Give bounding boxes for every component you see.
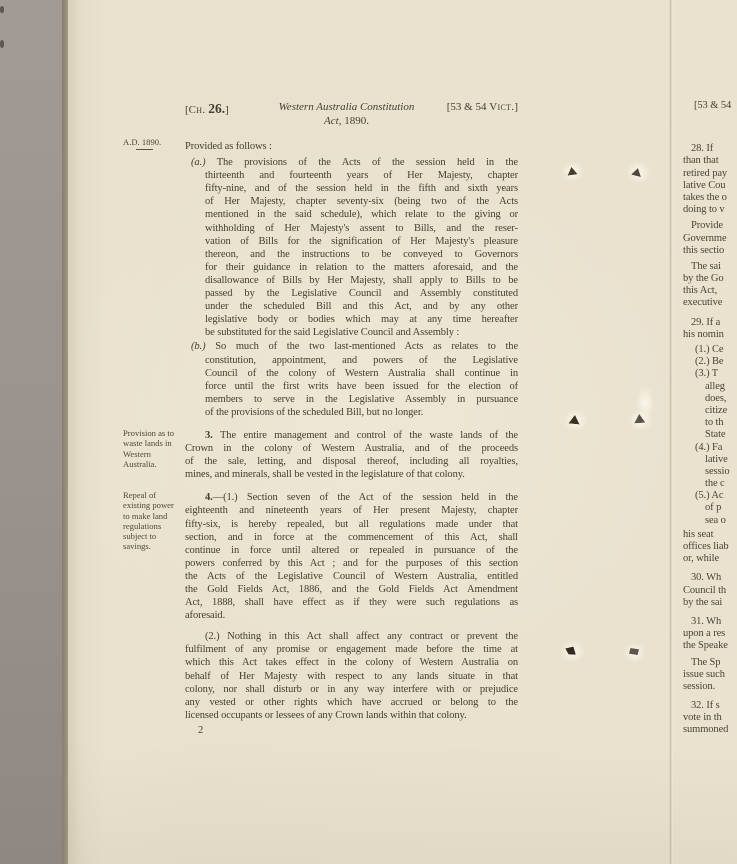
right-page-text-line: to th xyxy=(705,417,737,429)
text-line: of Her Majesty, chapter seventy-six (bei… xyxy=(185,195,518,208)
text-line: fifty-nine, and of the session held in t… xyxy=(185,182,518,195)
text-line: continue in force until altered or repea… xyxy=(185,544,518,557)
regnal-citation: [53 & 54 Vict.] xyxy=(436,101,518,113)
text-line: legislative body or bodies which may at … xyxy=(185,313,518,326)
right-page-text-line: (3.) T xyxy=(695,368,737,380)
right-page-text-line: (4.) Fa xyxy=(695,442,737,454)
page-fold-line xyxy=(669,0,673,864)
paragraph: (2.) Nothing in this Act shall affect an… xyxy=(185,630,518,722)
text-line: of the sale, letting, and disposal there… xyxy=(185,455,518,468)
right-page-header: [53 & 54 xyxy=(694,100,737,112)
chapter-reference: [Ch. 26.] xyxy=(185,101,257,117)
right-page-text-line: by the Go xyxy=(683,273,737,285)
margin-note: Provision as to waste lands in Western A… xyxy=(123,428,181,469)
text-line: 3. The entire management and control of … xyxy=(185,429,518,442)
text-line: the Acts of the Legislative Council of W… xyxy=(185,570,518,583)
text-line: (2.) Nothing in this Act shall affect an… xyxy=(185,630,518,643)
right-page-text-line: 32. If s xyxy=(691,700,737,712)
text-line: section, and in force at the commencemen… xyxy=(185,531,518,544)
right-page-text-line: alleg xyxy=(705,381,737,393)
right-page-text-line: takes the o xyxy=(683,192,737,204)
text-line: powers conferred by this Act ; and for t… xyxy=(185,557,518,570)
paragraph-lead: 4. xyxy=(205,492,213,503)
book-spine xyxy=(0,0,63,864)
margin-note-rule xyxy=(136,149,153,150)
text-line: the Gold Fields Act, 1886, and the Gold … xyxy=(185,583,518,596)
right-page-text-line: Governme xyxy=(683,233,737,245)
title-line-1: Western Australia Constitution xyxy=(279,101,415,113)
title-line-2: Act, xyxy=(324,115,341,127)
text-line: disallowance of Bills by Her Majesty, sh… xyxy=(185,274,518,287)
text-line: thereon, and the instructions to be conv… xyxy=(185,248,518,261)
spine-speck xyxy=(0,40,4,48)
text-line: behalf of Her Majesty with respect to an… xyxy=(185,670,518,683)
text-line: constitution, appointment, and powers of… xyxy=(185,354,518,367)
right-page-text-line: Council th xyxy=(683,585,737,597)
margin-note: Repeal of existing power to make land re… xyxy=(123,490,181,552)
right-page-text-line: session. xyxy=(683,681,737,693)
text-line: mentioned in the said schedule), which r… xyxy=(185,208,518,221)
text-line: of the provisions of the scheduled Bill,… xyxy=(185,406,518,419)
right-page-text-line: upon a res xyxy=(683,628,737,640)
paragraph: 3. The entire management and control of … xyxy=(185,429,518,481)
text-line: members to serve in the Legislative Asse… xyxy=(185,393,518,406)
right-page-text-line: the c xyxy=(705,478,737,490)
text-line: (a.) The provisions of the Acts of the s… xyxy=(185,156,518,169)
margin-note-text: Provision as to waste lands in Western A… xyxy=(123,428,174,469)
right-page-text-line: lative xyxy=(705,454,737,466)
paragraph-lead: 3. xyxy=(205,430,213,441)
margin-note-text: Repeal of existing power to make land re… xyxy=(123,490,174,551)
right-page-text-line: Provide xyxy=(691,220,737,232)
text-line: Council of the colony of Western Austral… xyxy=(185,367,518,380)
page-header: [Ch. 26.] Western Australia Constitution… xyxy=(185,101,518,128)
text-line: eighteenth and nineteenth years of Her p… xyxy=(185,504,518,517)
right-page-text-line: does, xyxy=(705,393,737,405)
right-page-text-line: 31. Wh xyxy=(691,616,737,628)
text-line: be substituted for the said Legislative … xyxy=(185,326,518,339)
paragraph: (a.) The provisions of the Acts of the s… xyxy=(185,156,518,339)
text-line: force until the first writs have been is… xyxy=(185,380,518,393)
paragraph: Provided as follows : xyxy=(185,140,518,153)
margin-note: A.D. 1890. xyxy=(123,137,181,150)
page-number: 2 xyxy=(198,725,203,736)
right-page-text-line: issue such xyxy=(683,669,737,681)
right-page-text-line: doing to v xyxy=(683,204,737,216)
text-line: (b.) So much of the two last-mentioned A… xyxy=(185,340,518,353)
text-line: licensed occupants or lessees of any Cro… xyxy=(185,709,518,722)
right-page-text-line: by the sai xyxy=(683,597,737,609)
text-line: any vested or other rights which have ac… xyxy=(185,696,518,709)
text-line: thirteenth and fourteenth years of Her M… xyxy=(185,169,518,182)
text-line: fifty-six, is hereby repealed, but all r… xyxy=(185,518,518,531)
right-page-fragment: [53 & 54 28. Ifthan thatretired paylativ… xyxy=(683,100,737,737)
right-page-text-line: sea o xyxy=(705,515,737,527)
right-page-text-line: this sectio xyxy=(683,245,737,257)
spine-speck xyxy=(0,6,4,13)
book-scan-page: [Ch. 26.] Western Australia Constitution… xyxy=(0,0,737,864)
text-line: passed by the Legislative Council and As… xyxy=(185,287,518,300)
right-page-text-line: the Speake xyxy=(683,640,737,652)
text-line: aforesaid. xyxy=(185,609,518,622)
right-page-text-line: of p xyxy=(705,502,737,514)
right-page-text-line: sessio xyxy=(705,466,737,478)
right-page-text-line: (2.) Be xyxy=(695,356,737,368)
right-page-text-line: (5.) Ac xyxy=(695,490,737,502)
text-line: Crown in the colony of Western Australia… xyxy=(185,442,518,455)
text-line: vation of Bills for the signification of… xyxy=(185,235,518,248)
right-page-text-line: executive xyxy=(683,297,737,309)
text-line: for their guidance in relation to the ma… xyxy=(185,261,518,274)
right-page-text-line: lative Cou xyxy=(683,180,737,192)
right-page-text-line: 28. If xyxy=(691,143,737,155)
right-page-text-line: his seat xyxy=(683,529,737,541)
right-page-text-line: 30. Wh xyxy=(691,572,737,584)
right-page-text-line: retired pay xyxy=(683,168,737,180)
text-line: fulfilment of any promise or engagement … xyxy=(185,643,518,656)
act-body-text: Provided as follows :(a.) The provisions… xyxy=(185,140,518,722)
right-page-text-line: The sai xyxy=(691,261,737,273)
right-page-text-line: State xyxy=(705,429,737,441)
paragraph-lead: (a.) xyxy=(191,157,205,168)
right-page-text-line: this Act, xyxy=(683,285,737,297)
right-page-text-line: than that xyxy=(683,155,737,167)
right-page-text-line: (1.) Ce xyxy=(695,344,737,356)
text-line: colony, nor shall disturb or in any way … xyxy=(185,683,518,696)
right-page-text-line: 29. If a xyxy=(691,317,737,329)
text-line: Provided as follows : xyxy=(185,140,518,153)
right-page-text-line: vote in th xyxy=(683,712,737,724)
right-page-text-line: summoned xyxy=(683,724,737,736)
right-page-text-line: citize xyxy=(705,405,737,417)
paragraph: 4.—(1.) Section seven of the Act of the … xyxy=(185,491,518,622)
text-line: under the scheduled Bill and this Act, a… xyxy=(185,300,518,313)
paragraph: (b.) So much of the two last-mentioned A… xyxy=(185,340,518,419)
right-page-body: 28. Ifthan thatretired paylative Coutake… xyxy=(683,143,737,736)
running-title: Western Australia ConstitutionAct, 1890. xyxy=(257,101,436,128)
margin-note-text: A.D. 1890. xyxy=(123,137,161,147)
right-page-text-line: or, while xyxy=(683,553,737,565)
text-line: Act, 1888, shall have effect as if they … xyxy=(185,596,518,609)
paragraph-lead: (b.) xyxy=(191,341,205,352)
text-line: 4.—(1.) Section seven of the Act of the … xyxy=(185,491,518,504)
right-page-text-line: offices liab xyxy=(683,541,737,553)
right-page-text-line: The Sp xyxy=(691,657,737,669)
text-line: withholding of Her Majesty's assent to B… xyxy=(185,222,518,235)
text-line: which this Act takes effect in the colon… xyxy=(185,656,518,669)
text-line: mines, and minerals, shall be vested in … xyxy=(185,468,518,481)
right-page-text-line: his nomin xyxy=(683,329,737,341)
